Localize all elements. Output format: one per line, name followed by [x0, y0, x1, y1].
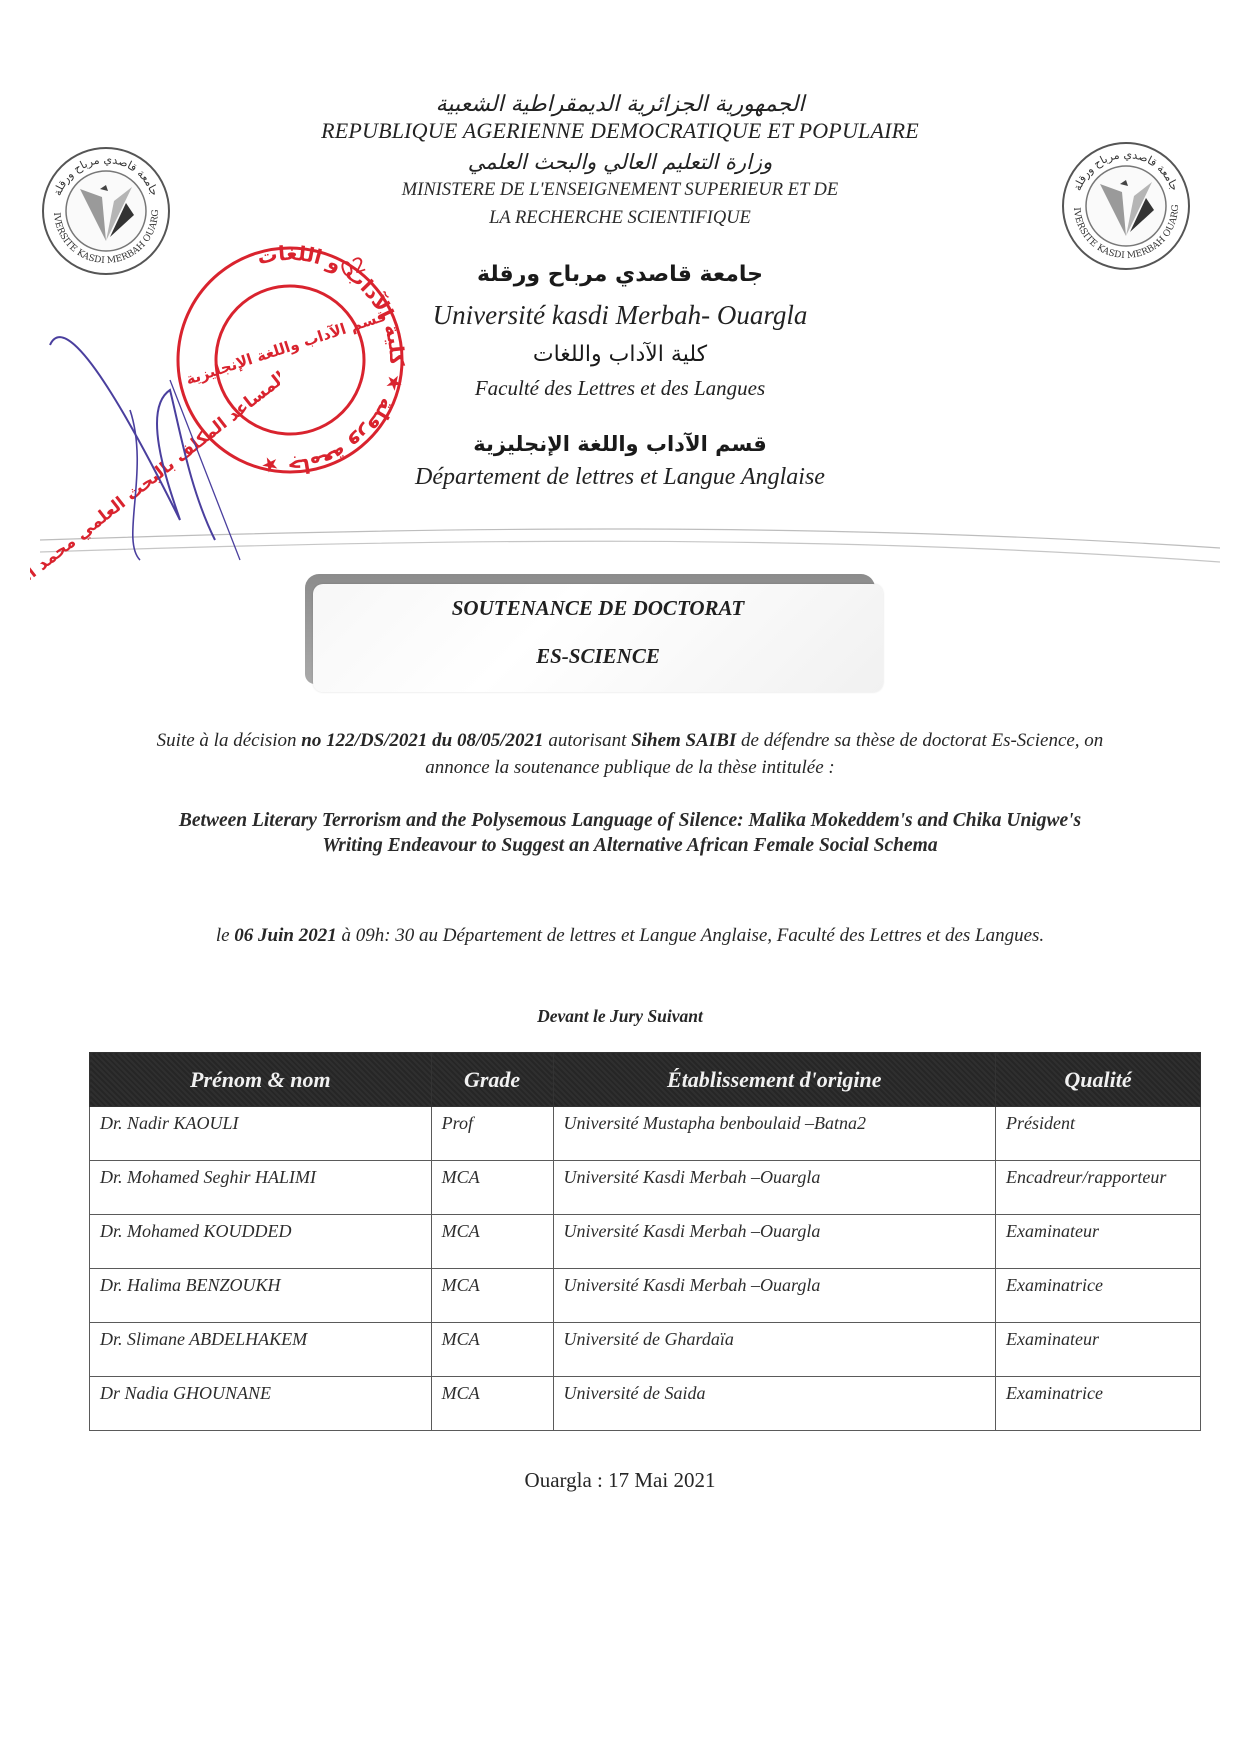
defense-title: SOUTENANCE DE DOCTORAT: [305, 596, 891, 621]
thesis-title: Between Literary Terrorism and the Polys…: [150, 808, 1110, 858]
ministry-french-line1: MINISTERE DE L'ENSEIGNEMENT SUPERIEUR ET…: [0, 180, 1240, 201]
jury-name: Dr. Slimane ABDELHAKEM: [90, 1323, 432, 1377]
jury-institution: Université Kasdi Merbah –Ouargla: [553, 1215, 995, 1269]
signature: رئيس القسم المساعد المكلف بالبحث العلمي …: [30, 290, 280, 580]
jury-grade: MCA: [431, 1215, 553, 1269]
jury-institution: Université de Ghardaïa: [553, 1323, 995, 1377]
jury-institution: Université Mustapha benboulaid –Batna2: [553, 1107, 995, 1161]
defense-subtitle: ES-SCIENCE: [305, 644, 891, 669]
jury-table: Prénom & nom Grade Établissement d'origi…: [89, 1052, 1201, 1431]
jury-institution: Université Kasdi Merbah –Ouargla: [553, 1161, 995, 1215]
intro-paragraph: Suite à la décision no 122/DS/2021 du 08…: [150, 727, 1110, 781]
jury-grade: MCA: [431, 1323, 553, 1377]
ministry-french-line2: LA RECHERCHE SCIENTIFIQUE: [0, 208, 1240, 229]
jury-role: Président: [996, 1107, 1201, 1161]
university-logo-right: جامعة قاصدي مرباح ورقلة UNIVERSITE KASDI…: [1060, 140, 1192, 272]
republic-french: REPUBLIQUE AGERIENNE DEMOCRATIQUE ET POP…: [0, 118, 1240, 144]
university-logo-left: جامعة قاصدي مرباح ورقلة UNIVERSITE KASDI…: [40, 145, 172, 277]
jury-grade: Prof: [431, 1107, 553, 1161]
header-grade: Grade: [431, 1053, 553, 1107]
republic-arabic: الجمهورية الجزائرية الديمقراطية الشعبية: [0, 92, 1240, 117]
ministry-arabic: وزارة التعليم العالي والبحث العلمي: [0, 150, 1240, 174]
table-row: Dr Nadia GHOUNANEMCAUniversité de SaidaE…: [90, 1377, 1201, 1431]
jury-role: Examinatrice: [996, 1377, 1201, 1431]
intro-text-1: Suite à la décision: [157, 730, 302, 751]
table-row: Dr. Halima BENZOUKHMCAUniversité Kasdi M…: [90, 1269, 1201, 1323]
jury-grade: MCA: [431, 1161, 553, 1215]
intro-text-2: autorisant: [544, 730, 632, 751]
header-name: Prénom & nom: [90, 1053, 432, 1107]
place-and-date: Ouargla : 17 Mai 2021: [0, 1468, 1240, 1493]
jury-role: Encadreur/rapporteur: [996, 1161, 1201, 1215]
table-header-row: Prénom & nom Grade Établissement d'origi…: [90, 1053, 1201, 1107]
jury-institution: Université Kasdi Merbah –Ouargla: [553, 1269, 995, 1323]
defense-date: 06 Juin 2021: [234, 925, 336, 946]
header-institution: Établissement d'origine: [553, 1053, 995, 1107]
table-row: Dr. Slimane ABDELHAKEMMCAUniversité de G…: [90, 1323, 1201, 1377]
table-row: Dr. Nadir KAOULIProfUniversité Mustapha …: [90, 1107, 1201, 1161]
jury-grade: MCA: [431, 1269, 553, 1323]
defense-prefix: le: [216, 925, 234, 946]
jury-name: Dr. Nadir KAOULI: [90, 1107, 432, 1161]
jury-name: Dr Nadia GHOUNANE: [90, 1377, 432, 1431]
jury-role: Examinatrice: [996, 1269, 1201, 1323]
defense-title-box: SOUTENANCE DE DOCTORAT ES-SCIENCE: [305, 574, 883, 692]
table-row: Dr. Mohamed KOUDDEDMCAUniversité Kasdi M…: [90, 1215, 1201, 1269]
jury-role: Examinateur: [996, 1215, 1201, 1269]
candidate-name: Sihem SAIBI: [631, 730, 736, 751]
jury-heading: Devant le Jury Suivant: [0, 1006, 1240, 1027]
header-role: Qualité: [996, 1053, 1201, 1107]
defense-date-paragraph: le 06 Juin 2021 à 09h: 30 au Département…: [150, 922, 1110, 949]
table-row: Dr. Mohamed Seghir HALIMIMCAUniversité K…: [90, 1161, 1201, 1215]
jury-name: Dr. Halima BENZOUKH: [90, 1269, 432, 1323]
jury-role: Examinateur: [996, 1323, 1201, 1377]
jury-institution: Université de Saida: [553, 1377, 995, 1431]
jury-name: Dr. Mohamed Seghir HALIMI: [90, 1161, 432, 1215]
defense-time-location: à 09h: 30 au Département de lettres et L…: [337, 925, 1044, 946]
decision-reference: no 122/DS/2021 du 08/05/2021: [301, 730, 543, 751]
jury-grade: MCA: [431, 1377, 553, 1431]
jury-name: Dr. Mohamed KOUDDED: [90, 1215, 432, 1269]
